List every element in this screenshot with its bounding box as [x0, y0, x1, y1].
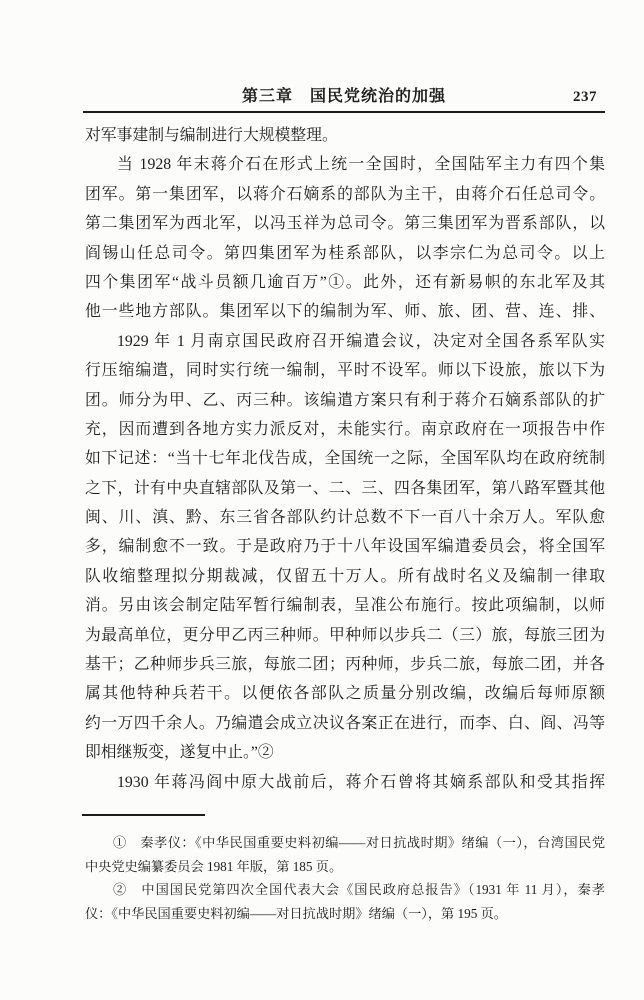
book-page: 第三章 国民党统治的加强 237 对军事建制与编制进行大规模整理。当 1928 …: [0, 0, 644, 1000]
body-text-line: 基干；乙种师步兵三旅，每旅二团；丙种师，步兵二旅，每旅二团，并各配: [85, 650, 605, 679]
body-text-line: 团军。第一集团军，以蒋介石嫡系的部队为主干，由蒋介石任总司令。: [85, 180, 605, 209]
body-text-line: 对军事建制与编制进行大规模整理。: [85, 121, 605, 150]
body-text-line: 1930 年蒋冯阎中原大战前后，蒋介石曾将其嫡系部队和受其指挥: [85, 768, 605, 797]
page-header: 第三章 国民党统治的加强 237: [83, 87, 605, 107]
footnotes: ① 秦孝仪：《中华民国重要史料初编——对日抗战时期》绪编（一），台湾国民党中央党…: [85, 831, 605, 925]
body-text-line: 阎锡山任总司令。第四集团军为桂系部队，以李宗仁为总司令。以上: [85, 239, 605, 268]
footnote-line: 中央党史编纂委员会 1981 年版，第 185 页。: [85, 855, 605, 879]
footnote-line: 仪：《中华民国重要史料初编——对日抗战时期》绪编（一），第 195 页。: [85, 902, 605, 926]
body-text-line: 队收缩整理拟分期裁减，仅留五十万人。所有战时名义及编制一律取: [85, 562, 605, 591]
body-text-line: 1929 年 1 月南京国民政府召开编遣会议，决定对全国各系军队实: [85, 327, 605, 356]
running-title: 第三章 国民党统治的加强: [242, 87, 446, 107]
body-text-line: 他一些地方部队。集团军以下的编制为军、师、旅、团、营、连、排、班。: [85, 297, 605, 326]
body-text-line: 为最高单位，更分甲乙丙三种师。甲种师以步兵二（三）旅，每旅三团为: [85, 621, 605, 650]
header-rule: [83, 111, 605, 113]
body-text-line: 如下记述：“当十七年北伐告成，全国统一之际，全国军队均在政府统制: [85, 444, 605, 473]
page-number: 237: [573, 87, 597, 107]
body-text-line: 之下，计有中央直辖部队及第一、二、三、四各集团军，第八路军暨其他: [85, 474, 605, 503]
body-text-line: 当 1928 年末蒋介石在形式上统一全国时，全国陆军主力有四个集: [85, 150, 605, 179]
footnote-line-with-marker: ① 秦孝仪：《中华民国重要史料初编——对日抗战时期》绪编（一），台湾国民党: [85, 831, 605, 855]
body-text-line: 属其他特种兵若干。以便依各部队之质量分别改编，改编后每师原额: [85, 679, 605, 708]
body-text-line: 行压缩编遣，同时实行统一编制，平时不设军。师以下设旅，旅以下为: [85, 356, 605, 385]
body-text-line: 约一万四千余人。乃编遣会成立决议各案正在进行，而李、白、阎、冯等: [85, 709, 605, 738]
body-text-line: 四个集团军“战斗员额几逾百万”①。此外，还有新易帜的东北军及其: [85, 268, 605, 297]
body-text-line: 即相继叛变，遂复中止。”②: [85, 738, 605, 767]
body-text-line: 第二集团军为西北军，以冯玉祥为总司令。第三集团军为晋系部队，以: [85, 209, 605, 238]
body-text-line: 闽、川、滇、黔、东三省各部队约计总数不下一百八十余万人。军队愈: [85, 503, 605, 532]
footnote-separator: [82, 814, 205, 816]
body-text-line: 团。师分为甲、乙、丙三种。该编遣方案只有利于蒋介石嫡系部队的扩: [85, 386, 605, 415]
body-text-line: 多，编制愈不一致。于是政府乃于十八年设国军编遣委员会，将全国军: [85, 532, 605, 561]
body-text-line: 消。另由该会制定陆军暂行编制表，呈准公布施行。按此项编制，以师: [85, 591, 605, 620]
body-text-line: 充，因而遭到各地方实力派反对，未能实行。南京政府在一项报告中作: [85, 415, 605, 444]
footnote-line-with-marker: ② 中国国民党第四次全国代表大会《国民政府总报告》（1931 年 11 月），秦…: [85, 878, 605, 902]
body-text: 对军事建制与编制进行大规模整理。当 1928 年末蒋介石在形式上统一全国时，全国…: [85, 121, 605, 797]
